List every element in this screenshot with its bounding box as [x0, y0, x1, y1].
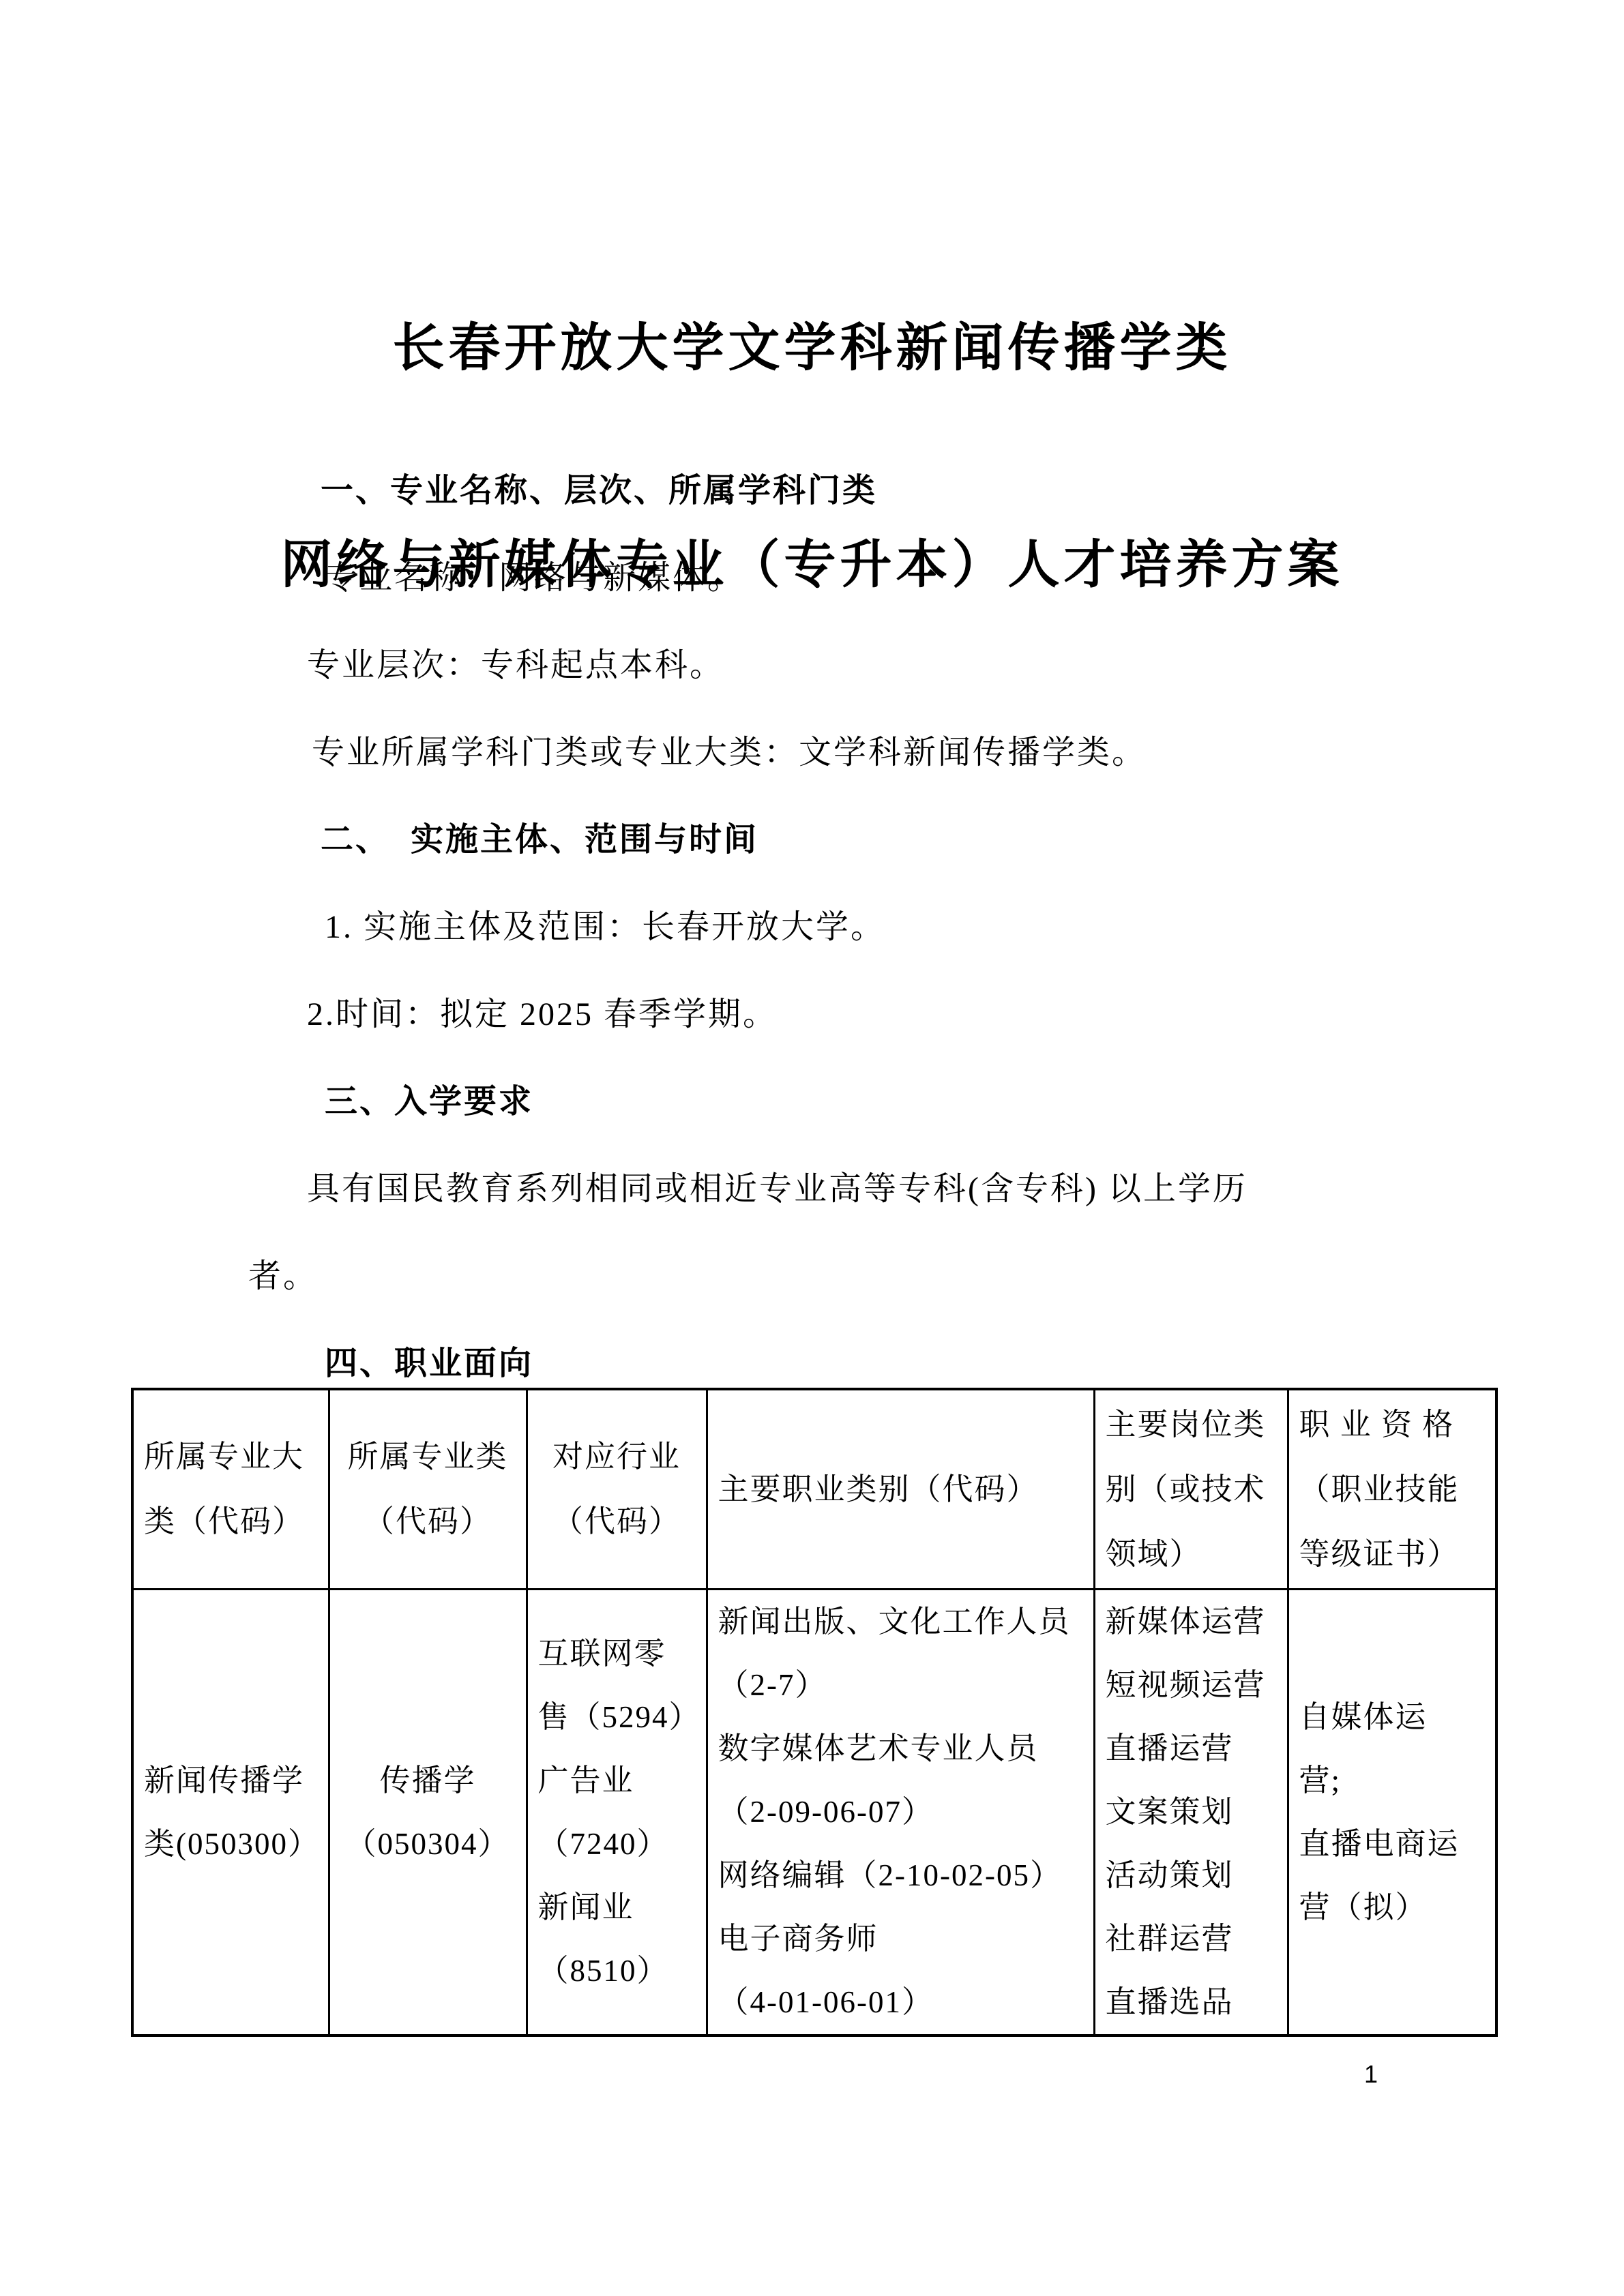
section-1-heading: 一、专业名称、层次、所属学科门类	[248, 447, 1542, 535]
cell-line: 别（或技术	[1095, 1457, 1287, 1522]
cell-line: （2-09-06-07）	[708, 1780, 1093, 1844]
cell-line: 新闻出版、文化工作人员	[708, 1590, 1093, 1654]
cell-line: 主要岗位类	[1095, 1392, 1287, 1457]
cell-vocational-qualification: 自媒体运营;直播电商运营（拟）	[1288, 1590, 1496, 2036]
cell-line: 传播学	[330, 1749, 526, 1813]
cell-line: 等级证书）	[1289, 1522, 1496, 1587]
cell-line: 职 业 资 格	[1289, 1392, 1496, 1457]
cell-line: 所属专业大	[134, 1425, 328, 1489]
document-page: 长春开放大学文学科新闻传播学类 网络与新媒体专业（专升本）人才培养方案 一、专业…	[0, 0, 1624, 2296]
cell-line: （2-7）	[708, 1654, 1093, 1717]
para-implementation-time: 2.时间：拟定 2025 春季学期。	[248, 971, 1542, 1058]
page-number: 1	[1347, 2059, 1395, 2089]
cell-major-big-category: 新闻传播学类(050300）	[132, 1590, 329, 2036]
cell-line: 所属专业类	[330, 1425, 526, 1489]
cell-line: 营（拟）	[1289, 1876, 1496, 1939]
cell-line: 直播电商运	[1289, 1813, 1496, 1876]
title-line-1: 长春开放大学文学科新闻传播学类	[0, 314, 1624, 383]
section-2-heading: 二、 实施主体、范围与时间	[248, 796, 1542, 884]
cell-line: （代码）	[330, 1489, 526, 1554]
cell-industry: 互联网零售（5294）广告业（7240）新闻业（8510）	[527, 1590, 707, 2036]
cell-line: 网络编辑（2-10-02-05）	[708, 1844, 1093, 1907]
cell-line: 短视频运营	[1095, 1654, 1287, 1717]
para-major-discipline: 专业所属学科门类或专业大类：文学科新闻传播学类。	[248, 709, 1542, 796]
cell-line: 类（代码）	[134, 1489, 328, 1554]
cell-line: 售（5294）	[528, 1686, 706, 1749]
cell-line: （7240）	[528, 1813, 706, 1876]
cell-line: 互联网零	[528, 1622, 706, 1686]
table-header-row: 所属专业大类（代码） 所属专业类（代码） 对应行业（代码） 主要职业类别（代码）…	[132, 1389, 1496, 1590]
cell-occupation-category: 新闻出版、文化工作人员（2-7）数字媒体艺术专业人员（2-09-06-07）网络…	[707, 1590, 1094, 2036]
cell-line: 广告业	[528, 1749, 706, 1813]
para-implementation-scope: 1. 实施主体及范围：长春开放大学。	[248, 884, 1542, 971]
para-admission-requirement-line-2: 者。	[248, 1233, 1542, 1320]
header-occupation-category: 主要职业类别（代码）	[707, 1389, 1094, 1590]
cell-line: 社群运营	[1095, 1907, 1287, 1971]
header-industry: 对应行业（代码）	[527, 1389, 707, 1590]
cell-line: 直播运营	[1095, 1717, 1287, 1780]
cell-line: 新媒体运营	[1095, 1590, 1287, 1654]
para-admission-requirement-line-1: 具有国民教育系列相同或相近专业高等专科(含专科) 以上学历	[248, 1146, 1542, 1233]
document-body: 一、专业名称、层次、所属学科门类 专业名称：网络与新媒体。 专业层次：专科起点本…	[248, 447, 1542, 1407]
header-vocational-qualification: 职 业 资 格（职业技能等级证书）	[1288, 1389, 1496, 1590]
cell-line: 电子商务师	[708, 1907, 1093, 1971]
cell-line: 主要职业类别（代码）	[708, 1457, 1093, 1522]
para-major-name: 专业名称：网络与新媒体。	[248, 535, 1542, 622]
cell-line: 领域）	[1095, 1522, 1287, 1587]
cell-line: 营;	[1289, 1749, 1496, 1813]
cell-line: （050304）	[330, 1813, 526, 1876]
cell-line: 类(050300）	[134, 1813, 328, 1876]
cell-line: 直播选品	[1095, 1971, 1287, 2034]
career-orientation-table: 所属专业大类（代码） 所属专业类（代码） 对应行业（代码） 主要职业类别（代码）…	[131, 1388, 1498, 2037]
cell-line: 对应行业	[528, 1425, 706, 1489]
header-major-big-category: 所属专业大类（代码）	[132, 1389, 329, 1590]
table-data-row: 新闻传播学类(050300） 传播学（050304） 互联网零售（5294）广告…	[132, 1590, 1496, 2036]
cell-line: 文案策划	[1095, 1780, 1287, 1844]
cell-line: 数字媒体艺术专业人员	[708, 1717, 1093, 1780]
cell-line: 自媒体运	[1289, 1686, 1496, 1749]
cell-major-category: 传播学（050304）	[329, 1590, 527, 2036]
cell-line: 新闻传播学	[134, 1749, 328, 1813]
header-major-category: 所属专业类（代码）	[329, 1389, 527, 1590]
header-post-category: 主要岗位类别（或技术领域）	[1094, 1389, 1288, 1590]
cell-line: 活动策划	[1095, 1844, 1287, 1907]
cell-line: （职业技能	[1289, 1457, 1496, 1522]
cell-line: 新闻业	[528, 1876, 706, 1939]
para-major-level: 专业层次：专科起点本科。	[248, 622, 1542, 709]
section-3-heading: 三、入学要求	[248, 1058, 1542, 1146]
cell-line: （8510）	[528, 1939, 706, 2003]
cell-post-category: 新媒体运营短视频运营直播运营文案策划活动策划社群运营直播选品	[1094, 1590, 1288, 2036]
cell-line: （4-01-06-01）	[708, 1971, 1093, 2034]
cell-line: （代码）	[528, 1489, 706, 1554]
